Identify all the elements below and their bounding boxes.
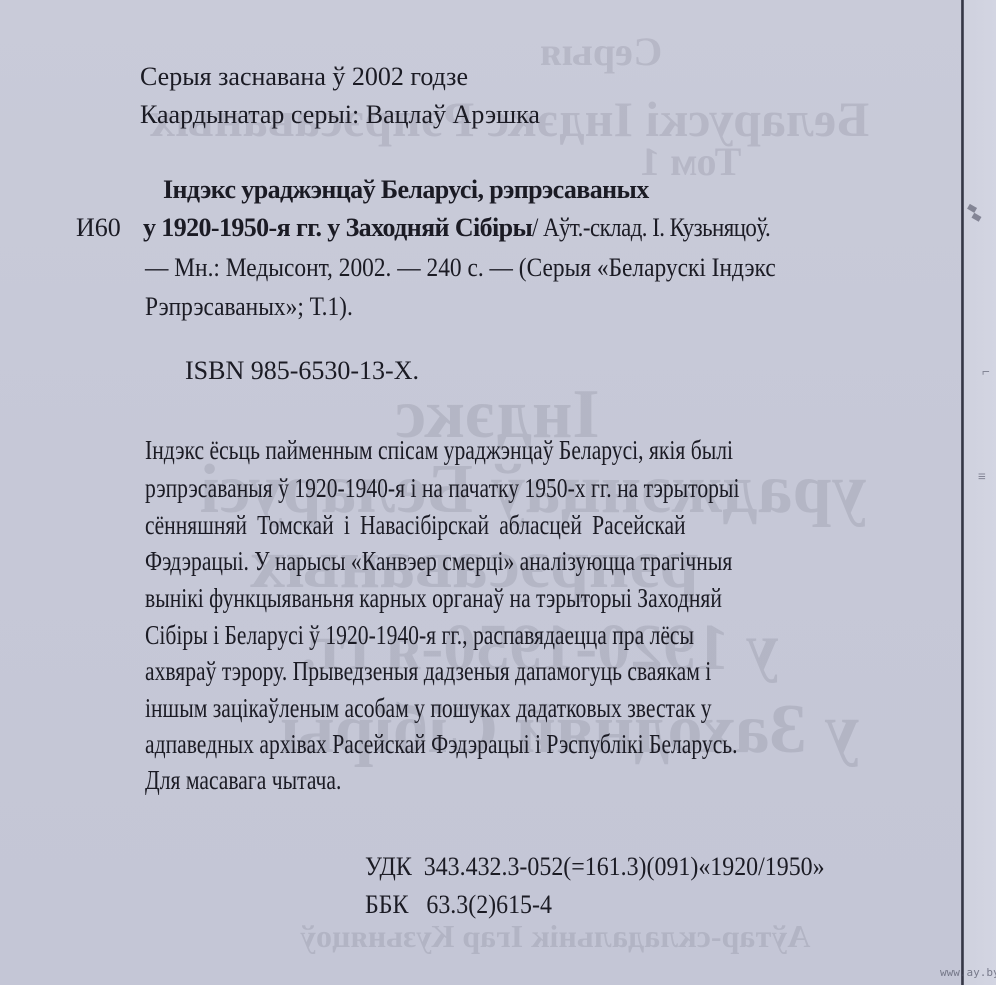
bleed-through-volume: Том 1 xyxy=(640,138,741,185)
book-title-line-1: Індэкс ураджэнцаў Беларусі, рэпрэсаваных xyxy=(163,175,649,205)
book-page: Серыя Беларускі Індэкс Рэпрэсаваных Том … xyxy=(0,0,962,985)
author-credit: / Аўт.-склад. І. Кузьняцоў. xyxy=(532,213,770,243)
abstract-line: рэпрэсаваныя ў 1920-1940-я і на пачатку … xyxy=(145,473,739,503)
abstract-line: ахвяраў тэрору. Прыведзеныя дадзеныя дап… xyxy=(145,656,711,686)
series-coordinator: Каардынатар серыі: Вацлаў Арэшка xyxy=(140,100,540,130)
abstract-line: Фэдэрацыі. У нарысы «Канвэер смерці» ана… xyxy=(145,546,732,576)
udk-value: 343.432.3-052(=161.3)(091)«1920/1950» xyxy=(424,852,825,881)
book-title-line-2: у 1920-1950-я гг. у Заходняй Сібіры xyxy=(143,213,532,242)
udk-label: УДК xyxy=(365,852,412,881)
page-edge-divider xyxy=(961,0,964,985)
abstract-line: Для масавага чытача. xyxy=(145,765,341,795)
watermark: www.ay.by xyxy=(940,966,996,979)
abstract-line: іншым зацікаўленым асобам у пошуках дада… xyxy=(145,693,712,723)
adjacent-page-mark: ▞ xyxy=(965,205,985,223)
udk-row: УДК 343.432.3-052(=161.3)(091)«1920/1950… xyxy=(365,852,825,882)
abstract-line: Сібіры і Беларусі ў 1920-1940-я гг., рас… xyxy=(145,620,694,650)
abstract-line: Індэкс ёсьць пайменным спісам ураджэнцаў… xyxy=(145,435,733,465)
publication-details: — Мн.: Медысонт, 2002. — 240 с. — (Серыя… xyxy=(145,253,776,283)
abstract-line: адпаведных архівах Расейскай Фэдэрацыі і… xyxy=(145,729,738,759)
bbk-label: ББК xyxy=(365,890,408,919)
series-volume: Рэпрэсаваных»; Т.1). xyxy=(145,292,353,322)
isbn: ISBN 985-6530-13-X. xyxy=(185,356,419,386)
series-founded: Серыя заснавана ў 2002 годзе xyxy=(140,62,468,92)
adjacent-page-mark: ≡ xyxy=(978,470,986,486)
bleed-through-author: Аўтар-складальнік Ігар Кузьняцоў xyxy=(300,918,811,955)
bbk-value: 63.3(2)615-4 xyxy=(426,890,552,919)
bbk-row: ББК 63.3(2)615-4 xyxy=(365,890,552,920)
adjacent-page-mark: ⌐ xyxy=(982,365,990,381)
abstract-line: сённяшняй Томскай і Навасібірскай абласц… xyxy=(145,510,686,540)
adjacent-page: ▞ ⌐ ≡ xyxy=(964,0,996,985)
catalog-code: И60 xyxy=(76,213,121,243)
book-title-line-2-wrap: у 1920-1950-я гг. у Заходняй Сібіры / Аў… xyxy=(143,213,803,243)
bleed-through-series: Серыя xyxy=(540,28,662,75)
abstract-line: вынікі функцыяваньня карных органаў на т… xyxy=(145,583,722,613)
